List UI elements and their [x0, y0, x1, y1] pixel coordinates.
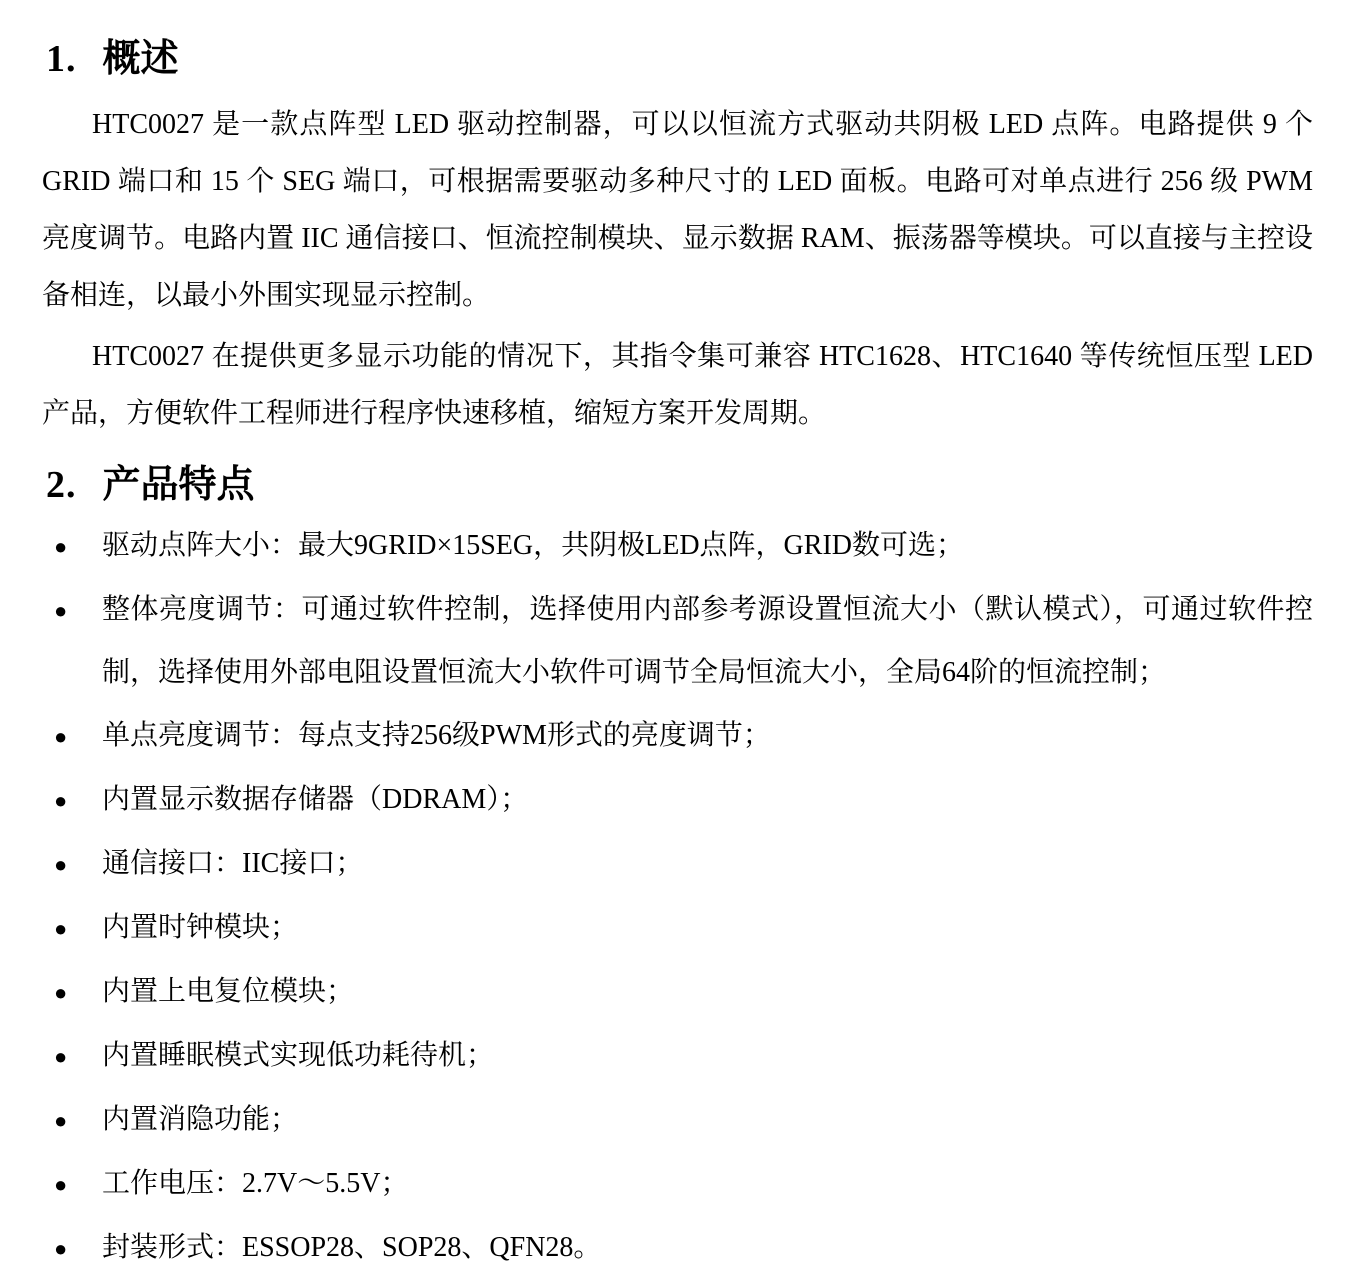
feature-text: 通信接口：IIC接口；	[102, 832, 1313, 895]
feature-text: 整体亮度调节：可通过软件控制，选择使用内部参考源设置恒流大小（默认模式），可通过…	[102, 578, 1313, 704]
bullet-icon: ●	[42, 1217, 102, 1276]
feature-text: 单点亮度调节：每点支持256级PWM形式的亮度调节；	[102, 704, 1313, 767]
feature-item: ● 单点亮度调节：每点支持256级PWM形式的亮度调节；	[42, 704, 1313, 768]
bullet-icon: ●	[42, 705, 102, 768]
bullet-icon: ●	[42, 515, 102, 578]
section-2-heading: 2. 产品特点	[42, 460, 1313, 510]
feature-text: 内置消隐功能；	[102, 1088, 1313, 1151]
bullet-icon: ●	[42, 1089, 102, 1152]
section-1-title: 概述	[103, 34, 179, 84]
feature-text: 内置时钟模块；	[102, 896, 1313, 959]
section-1-number: 1.	[46, 34, 77, 84]
feature-text: 内置显示数据存储器（DDRAM）；	[102, 768, 1313, 831]
bullet-icon: ●	[42, 769, 102, 832]
feature-item: ● 内置消隐功能；	[42, 1088, 1313, 1152]
feature-item: ● 封装形式：ESSOP28、SOP28、QFN28。	[42, 1216, 1313, 1276]
feature-text: 内置上电复位模块；	[102, 960, 1313, 1023]
feature-item: ● 工作电压：2.7V～5.5V；	[42, 1152, 1313, 1216]
section-1-heading: 1. 概述	[42, 34, 1313, 84]
bullet-icon: ●	[42, 1153, 102, 1216]
overview-paragraph-2: HTC0027 在提供更多显示功能的情况下，其指令集可兼容 HTC1628、HT…	[42, 328, 1313, 442]
feature-text: 内置睡眠模式实现低功耗待机；	[102, 1024, 1313, 1087]
feature-item: ● 整体亮度调节：可通过软件控制，选择使用内部参考源设置恒流大小（默认模式），可…	[42, 578, 1313, 704]
bullet-icon: ●	[42, 961, 102, 1024]
feature-item: ● 内置上电复位模块；	[42, 960, 1313, 1024]
bullet-icon: ●	[42, 833, 102, 896]
bullet-icon: ●	[42, 897, 102, 960]
feature-item: ● 内置显示数据存储器（DDRAM）；	[42, 768, 1313, 832]
feature-text: 封装形式：ESSOP28、SOP28、QFN28。	[102, 1216, 1313, 1276]
section-2-number: 2.	[46, 460, 77, 510]
section-2-title: 产品特点	[103, 460, 255, 510]
overview-paragraph-1: HTC0027 是一款点阵型 LED 驱动控制器，可以以恒流方式驱动共阴极 LE…	[42, 96, 1313, 324]
bullet-icon: ●	[42, 579, 102, 642]
feature-list: ● 驱动点阵大小：最大9GRID×15SEG，共阴极LED点阵，GRID数可选；…	[42, 514, 1313, 1276]
feature-item: ● 内置睡眠模式实现低功耗待机；	[42, 1024, 1313, 1088]
datasheet-page: 1. 概述 HTC0027 是一款点阵型 LED 驱动控制器，可以以恒流方式驱动…	[0, 0, 1363, 1276]
feature-item: ● 通信接口：IIC接口；	[42, 832, 1313, 896]
feature-item: ● 内置时钟模块；	[42, 896, 1313, 960]
feature-text: 工作电压：2.7V～5.5V；	[102, 1152, 1313, 1215]
feature-text: 驱动点阵大小：最大9GRID×15SEG，共阴极LED点阵，GRID数可选；	[102, 514, 1313, 577]
feature-item: ● 驱动点阵大小：最大9GRID×15SEG，共阴极LED点阵，GRID数可选；	[42, 514, 1313, 578]
bullet-icon: ●	[42, 1025, 102, 1088]
